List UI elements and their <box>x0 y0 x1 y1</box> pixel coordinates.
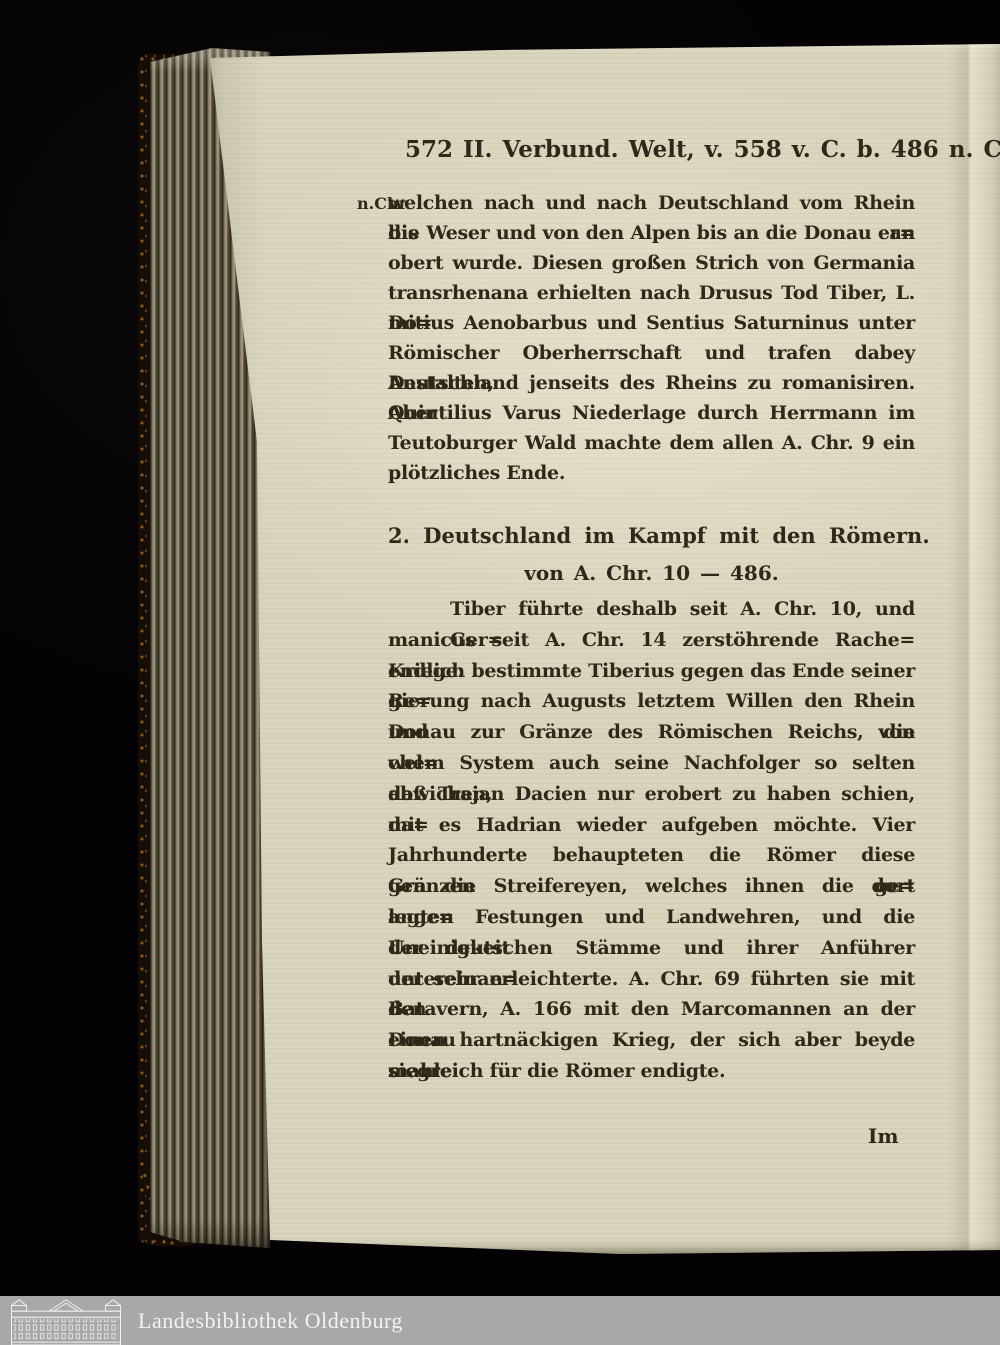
text-line: Teutoburger Wald machte dem allen A. Chr… <box>388 428 915 458</box>
text-line: mitius Aenobarbus und Sentius Saturninus… <box>388 308 915 338</box>
text-line: siegreich für die Römer endigte. <box>388 1056 915 1087</box>
text-line: mit es Hadrian wieder aufgeben möchte. V… <box>388 810 915 841</box>
running-header: 572 II. Verbund. Welt, v. 558 v. C. b. 4… <box>405 136 855 163</box>
text-line: transrhenana erhielten nach Drusus Tod T… <box>388 278 915 308</box>
text-line: Jahrhunderte behaupteten die Römer diese… <box>388 840 915 871</box>
paragraph-1: welchen nach und nach Deutschland vom Rh… <box>388 188 915 488</box>
text-line: einen hartnäckigen Krieg, der sich aber … <box>388 1025 915 1056</box>
text-line: chem System auch seine Nachfolger so sel… <box>388 748 915 779</box>
text-line: manicus seit A. Chr. 14 zerstöhrende Rac… <box>388 625 915 656</box>
text-line: Römischer Oberherrschaft und trafen dabe… <box>388 338 915 368</box>
text-line: der sehr erleichterte. A. Chr. 69 führte… <box>388 964 915 995</box>
text-line: plötzliches Ende. <box>388 458 915 488</box>
section-subtitle: von A. Chr. 10 — 486. <box>388 561 915 585</box>
section-title: 2. Deutschland im Kampf mit den Römern. <box>388 523 915 548</box>
book-page: 572 II. Verbund. Welt, v. 558 v. C. b. 4… <box>200 42 1000 1254</box>
catchword: Im <box>868 1124 899 1148</box>
text-line: gierung nach Augusts letztem Willen den … <box>388 686 915 717</box>
text-line: die Weser und von den Alpen bis an die D… <box>388 218 915 248</box>
text-line: welchen nach und nach Deutschland vom Rh… <box>388 188 915 218</box>
paragraph-2: Tiber führte deshalb seit A. Chr. 10, un… <box>388 594 915 1087</box>
text-line: der deutschen Stämme und ihrer Anführer … <box>388 933 915 964</box>
text-line: Deutschland jenseits des Rheins zu roman… <box>388 368 915 398</box>
text-line: Donau zur Gränze des Römischen Reichs, v… <box>388 717 915 748</box>
library-footer-bar: Landesbibliothek Oldenburg <box>0 1296 1000 1345</box>
book-scan: 572 II. Verbund. Welt, v. 558 v. C. b. 4… <box>0 0 1000 1345</box>
text-line: endlich bestimmte Tiberius gegen das End… <box>388 656 915 687</box>
text-line: Tiber führte deshalb seit A. Chr. 10, un… <box>388 594 915 625</box>
text-line: daß Trajan Dacien nur erobert zu haben s… <box>388 779 915 810</box>
text-line: obert wurde. Diesen großen Strich von Ge… <box>388 248 915 278</box>
library-building-icon <box>8 1298 124 1345</box>
text-line: legten Festungen und Landwehren, und die… <box>388 902 915 933</box>
text-line: Batavern, A. 166 mit den Marcomannen an … <box>388 994 915 1025</box>
text-line: Quintilius Varus Niederlage durch Herrma… <box>388 398 915 428</box>
library-name: Landesbibliothek Oldenburg <box>138 1296 403 1345</box>
text-line: gen die Streifereyen, welches ihnen die … <box>388 871 915 902</box>
